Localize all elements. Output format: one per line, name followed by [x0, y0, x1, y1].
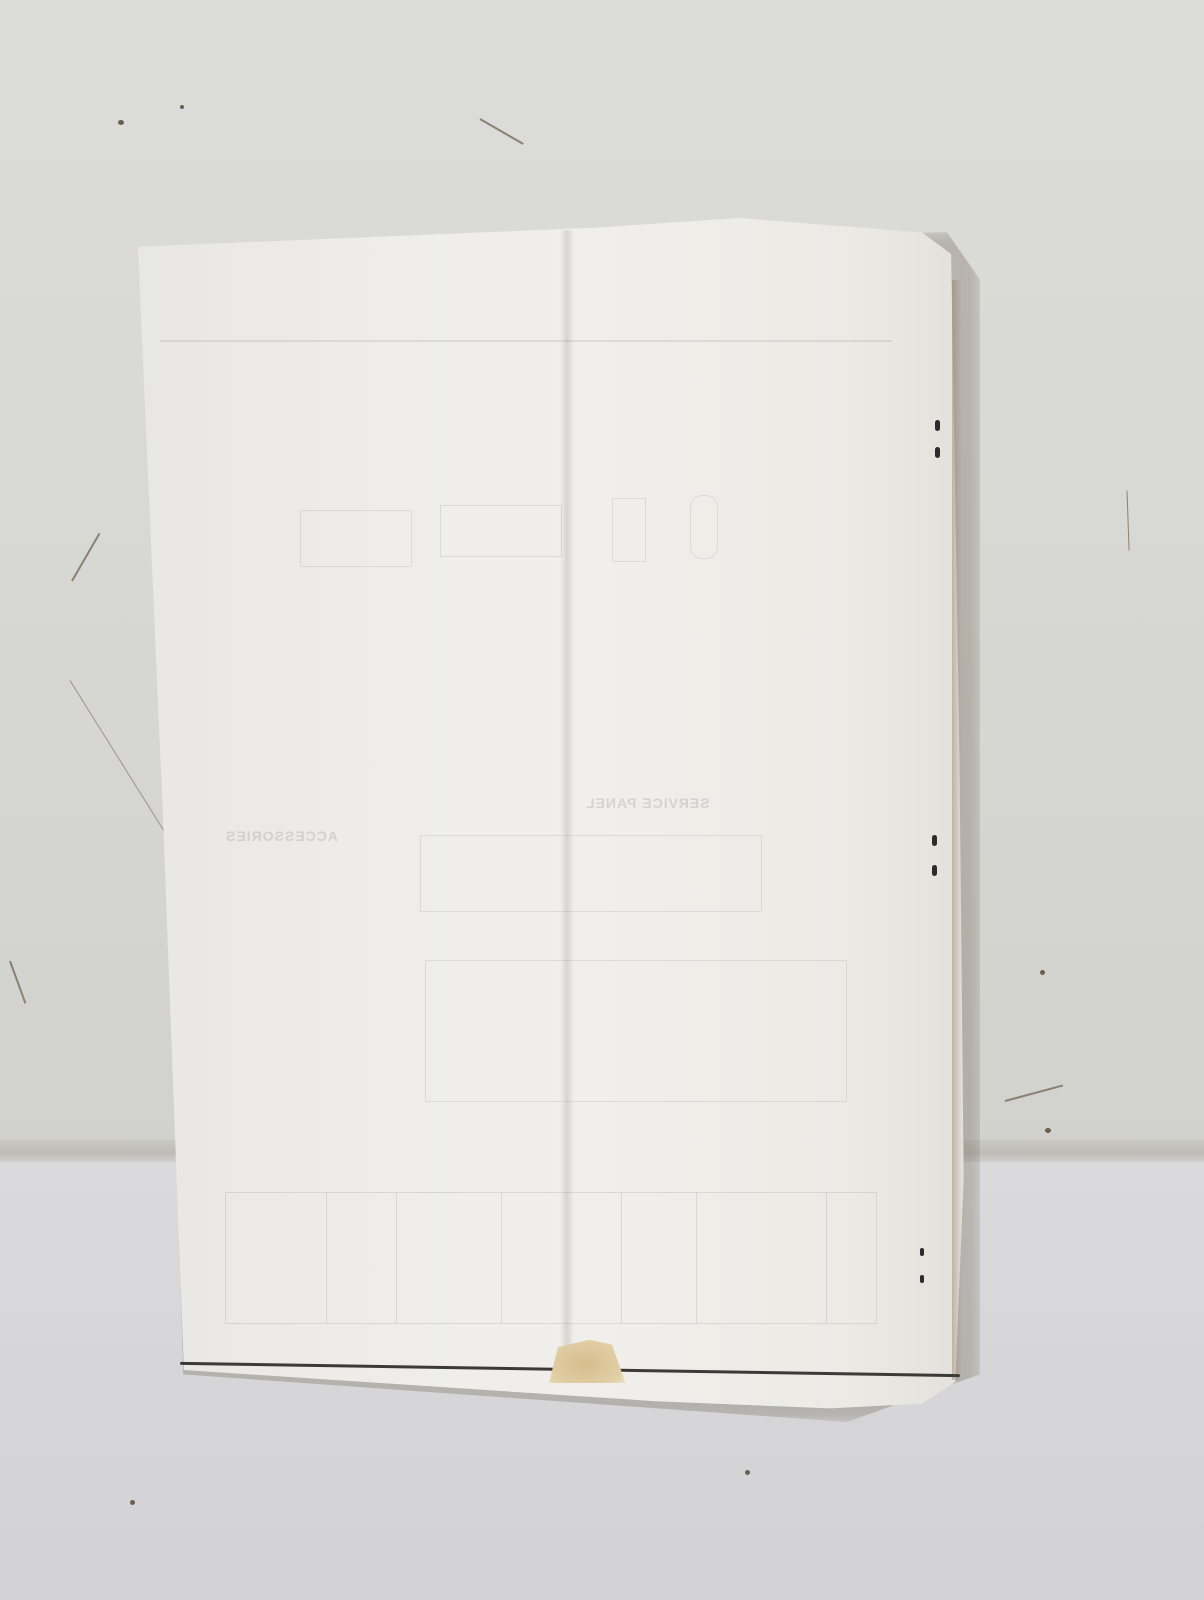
- show-through-box: [440, 505, 562, 557]
- show-through-table-col: [621, 1193, 622, 1323]
- wall-speck: [118, 120, 124, 125]
- show-through-table-col: [826, 1193, 827, 1323]
- table-speck: [130, 1500, 135, 1505]
- center-fold-crease: [560, 230, 574, 1360]
- show-through-table-col: [396, 1193, 397, 1323]
- punch-hole: [935, 447, 940, 458]
- wall-speck: [180, 105, 184, 109]
- show-through-box: [300, 510, 412, 567]
- show-through-box: [420, 835, 762, 912]
- show-through-table-col: [501, 1193, 502, 1323]
- punch-hole: [932, 835, 937, 846]
- show-through-table: [225, 1192, 877, 1324]
- show-through-box: [612, 498, 646, 562]
- wall-speck: [1040, 970, 1045, 975]
- wall-speck: [1045, 1128, 1051, 1133]
- punch-hole: [920, 1275, 924, 1283]
- punch-hole: [932, 865, 937, 876]
- show-through-text: SERVICE PANEL: [585, 795, 710, 811]
- show-through-box: [425, 960, 847, 1102]
- table-speck: [745, 1470, 750, 1475]
- punch-hole: [920, 1248, 924, 1256]
- show-through-line: [160, 340, 892, 342]
- show-through-table-col: [696, 1193, 697, 1323]
- punch-hole: [935, 420, 940, 431]
- paper-right-edge: [952, 280, 962, 1380]
- show-through-text: ACCESSORIES: [225, 828, 338, 844]
- show-through-table-col: [326, 1193, 327, 1323]
- show-through-box: [690, 495, 718, 559]
